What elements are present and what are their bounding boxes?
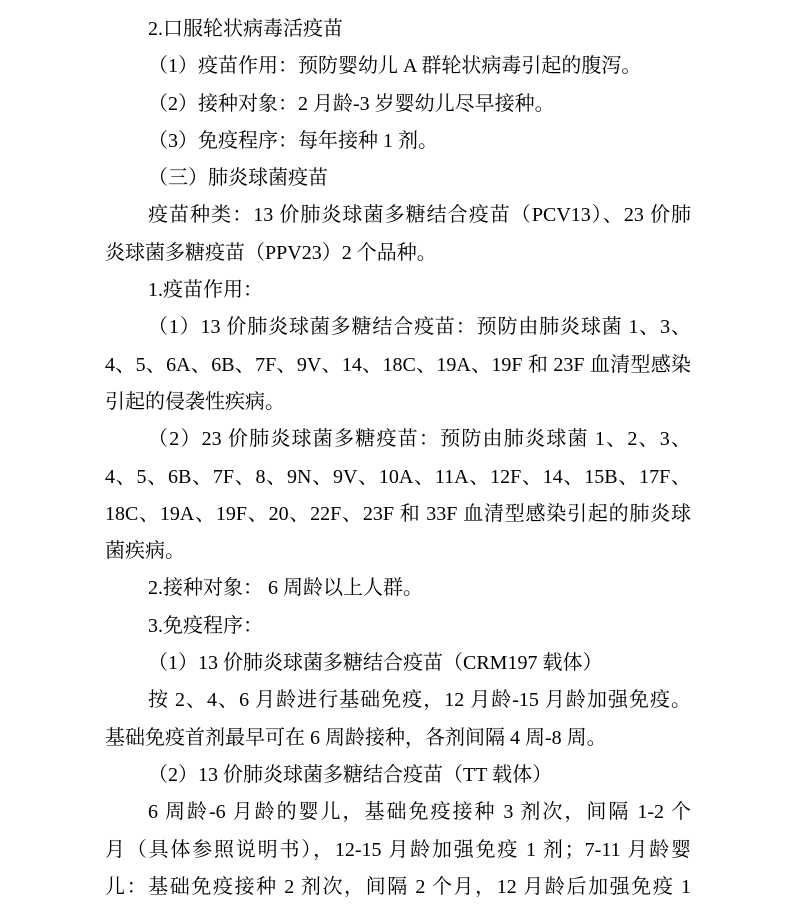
text-line: 2.接种对象： 6 周龄以上人群。 [105,570,691,607]
text-line: 3.免疫程序： [105,608,691,645]
text-line: 引起的侵袭性疾病。 [105,384,691,421]
text-line: 18C、19A、19F、20、22F、23F 和 33F 血清型感染引起的肺炎球 [105,496,691,533]
text-line: （2）23 价肺炎球菌多糖疫苗：预防由肺炎球菌 1、2、3、 [105,421,691,458]
text-line: 炎球菌多糖疫苗（PPV23）2 个品种。 [105,235,691,272]
text-line: 2.口服轮状病毒活疫苗 [105,11,691,48]
text-line: 按 2、4、6 月龄进行基础免疫，12 月龄-15 月龄加强免疫。 [105,682,691,719]
text-line: （2）接种对象：2 月龄-3 岁婴幼儿尽早接种。 [105,86,691,123]
text-line: （1）疫苗作用：预防婴幼儿 A 群轮状病毒引起的腹泻。 [105,48,691,85]
text-line: 菌疾病。 [105,533,691,570]
text-line: 4、5、6B、7F、8、9N、9V、10A、11A、12F、14、15B、17F… [105,459,691,496]
text-line: （2）13 价肺炎球菌多糖结合疫苗（TT 载体） [105,757,691,794]
text-line: 月（具体参照说明书），12-15 月龄加强免疫 1 剂；7-11 月龄婴 [105,832,691,869]
text-line: 6 周龄-6 月龄的婴儿，基础免疫接种 3 剂次，间隔 1-2 个 [105,794,691,831]
text-line: （1）13 价肺炎球菌多糖结合疫苗：预防由肺炎球菌 1、3、 [105,309,691,346]
text-line: 疫苗种类：13 价肺炎球菌多糖结合疫苗（PCV13）、23 价肺 [105,197,691,234]
text-line: （1）13 价肺炎球菌多糖结合疫苗（CRM197 载体） [105,645,691,682]
document-page: 2.口服轮状病毒活疫苗（1）疫苗作用：预防婴幼儿 A 群轮状病毒引起的腹泻。（2… [0,0,794,920]
document-body: 2.口服轮状病毒活疫苗（1）疫苗作用：预防婴幼儿 A 群轮状病毒引起的腹泻。（2… [105,11,691,906]
text-line: 儿：基础免疫接种 2 剂次，间隔 2 个月，12 月龄后加强免疫 1 [105,869,691,906]
text-line: 基础免疫首剂最早可在 6 周龄接种，各剂间隔 4 周-8 周。 [105,720,691,757]
text-line: （三）肺炎球菌疫苗 [105,160,691,197]
text-line: 1.疫苗作用： [105,272,691,309]
text-line: （3）免疫程序：每年接种 1 剂。 [105,123,691,160]
text-line: 4、5、6A、6B、7F、9V、14、18C、19A、19F 和 23F 血清型… [105,347,691,384]
